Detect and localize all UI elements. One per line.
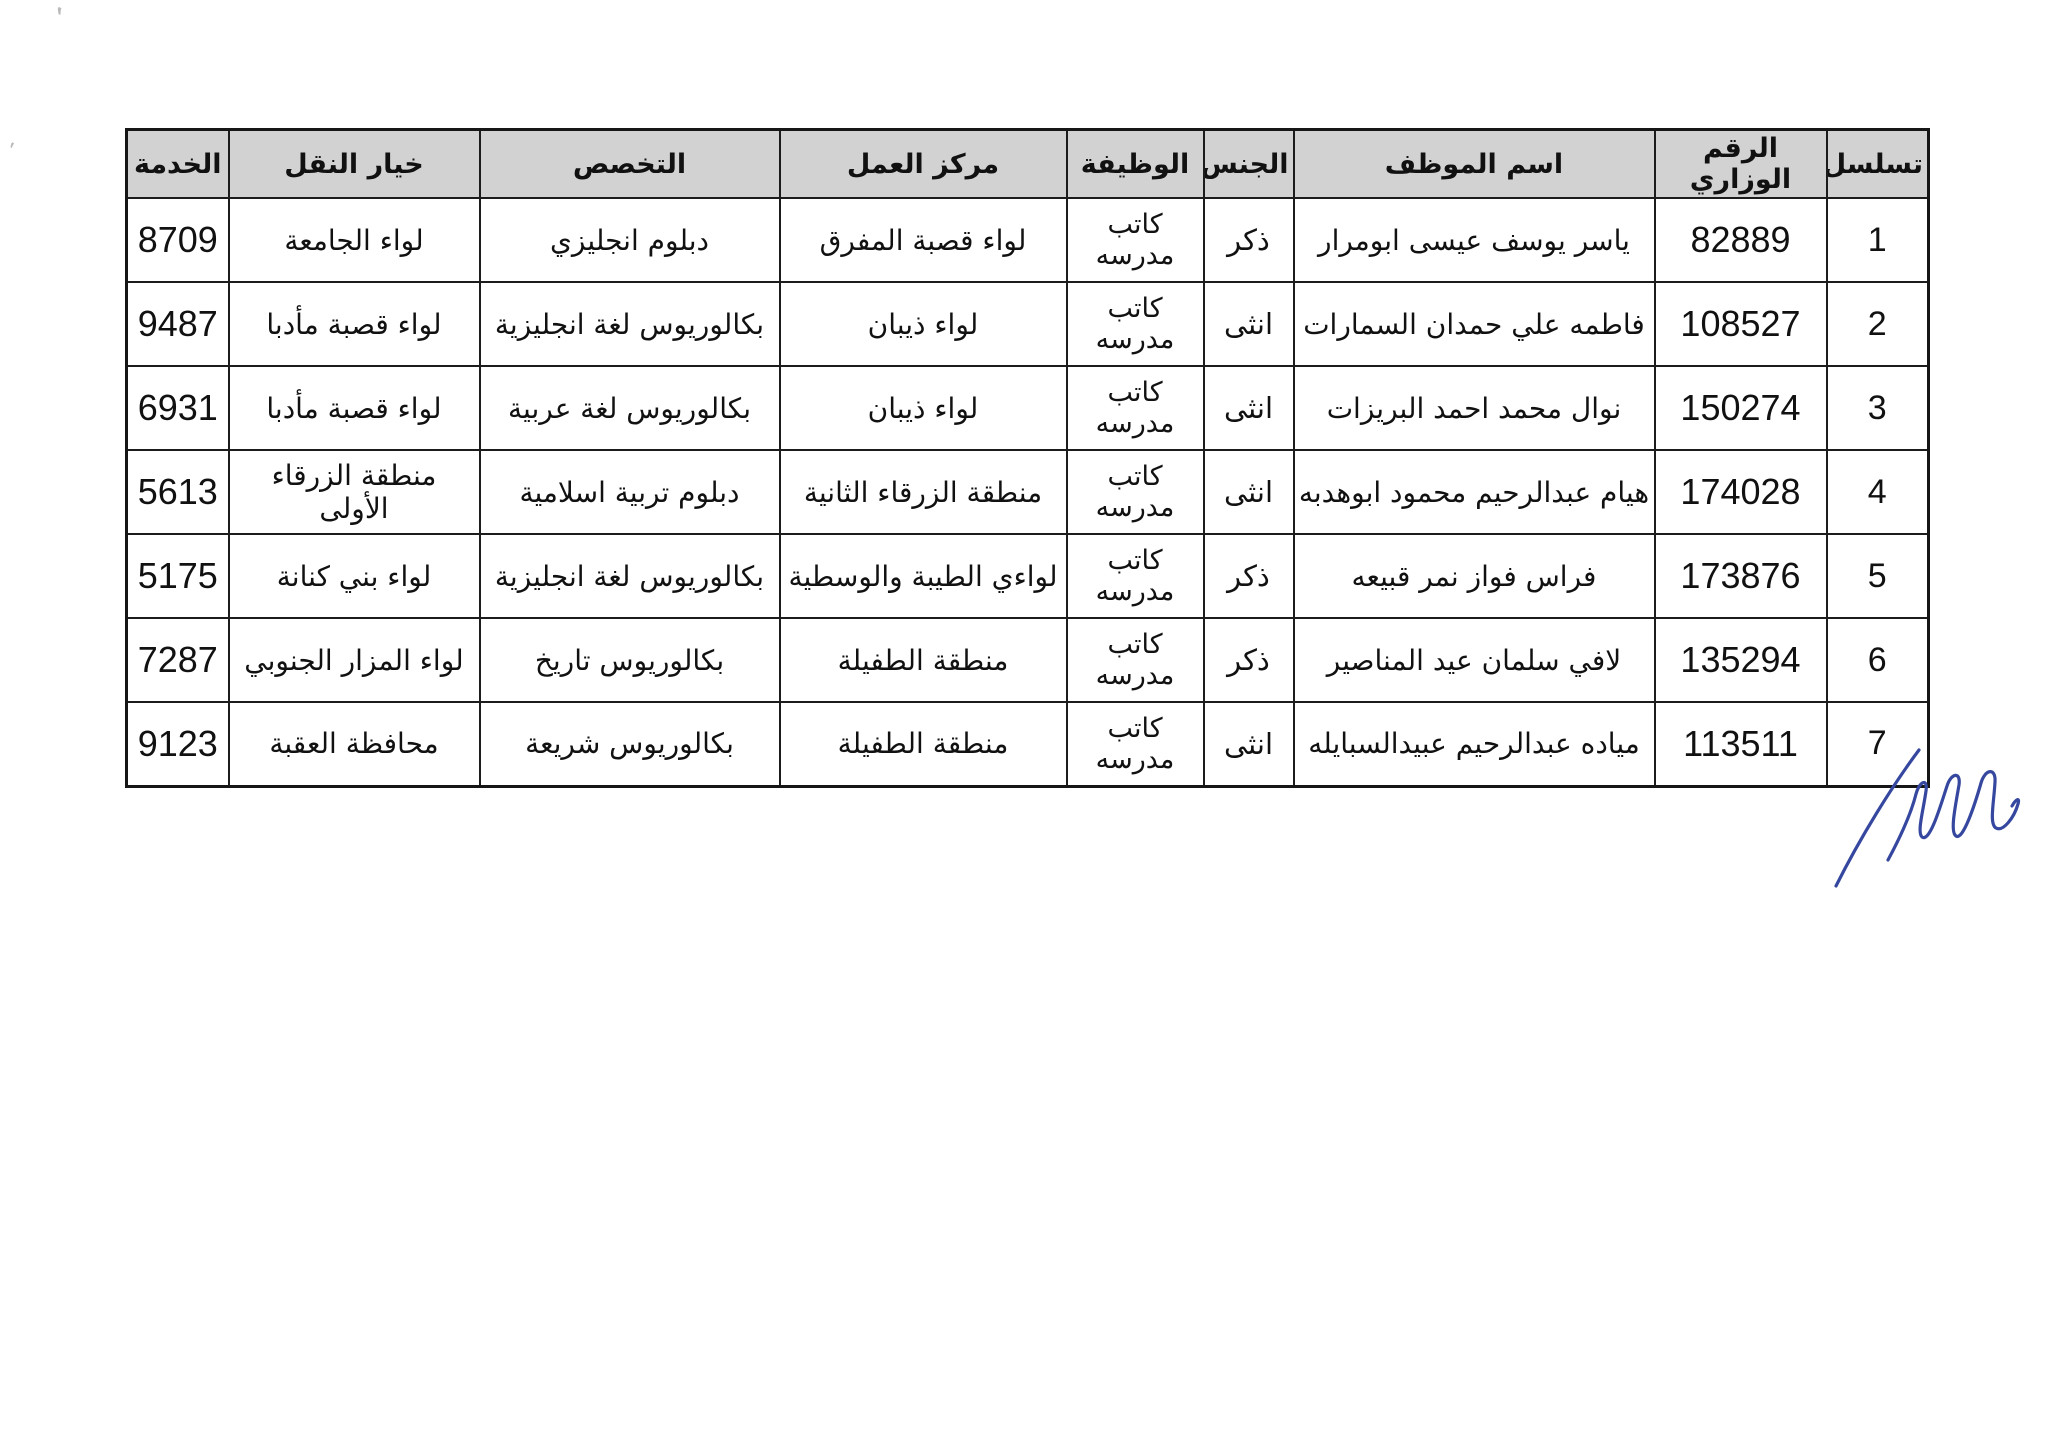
cell-ministry-number: 173876 — [1655, 534, 1827, 618]
cell-job: كاتب مدرسه — [1067, 702, 1204, 786]
cell-job: كاتب مدرسه — [1067, 534, 1204, 618]
cell-specialization: دبلوم انجليزي — [480, 198, 780, 282]
cell-transfer-option: لواء بني كنانة — [229, 534, 480, 618]
cell-work-center: منطقة الطفيلة — [780, 702, 1067, 786]
cell-job: كاتب مدرسه — [1067, 366, 1204, 450]
cell-job: كاتب مدرسه — [1067, 618, 1204, 702]
cell-transfer-option: لواء قصبة مأدبا — [229, 366, 480, 450]
cell-serial: 3 — [1827, 366, 1929, 450]
cell-service: 5175 — [127, 534, 229, 618]
table-row: 5 173876 فراس فواز نمر قبيعه ذكر كاتب مد… — [127, 534, 1929, 618]
header-specialization: التخصص — [480, 130, 780, 199]
table-row: 6 135294 لافي سلمان عيد المناصير ذكر كات… — [127, 618, 1929, 702]
cell-employee-name: هيام عبدالرحيم محمود ابوهدبه — [1294, 450, 1655, 534]
scan-artifact: ‛ — [0, 139, 18, 163]
table-header-row: تسلسل الرقم الوزاري اسم الموظف الجنس الو… — [127, 130, 1929, 199]
scan-artifact: ‛ — [47, 1, 67, 37]
cell-service: 8709 — [127, 198, 229, 282]
cell-employee-name: نوال محمد احمد البريزات — [1294, 366, 1655, 450]
table-row: 4 174028 هيام عبدالرحيم محمود ابوهدبه ان… — [127, 450, 1929, 534]
cell-employee-name: لافي سلمان عيد المناصير — [1294, 618, 1655, 702]
cell-transfer-option: لواء قصبة مأدبا — [229, 282, 480, 366]
cell-ministry-number: 135294 — [1655, 618, 1827, 702]
cell-service: 6931 — [127, 366, 229, 450]
cell-serial: 4 — [1827, 450, 1929, 534]
cell-transfer-option: محافظة العقبة — [229, 702, 480, 786]
cell-service: 9487 — [127, 282, 229, 366]
cell-work-center: لواء قصبة المفرق — [780, 198, 1067, 282]
cell-service: 9123 — [127, 702, 229, 786]
cell-service: 7287 — [127, 618, 229, 702]
cell-work-center: منطقة الزرقاء الثانية — [780, 450, 1067, 534]
cell-ministry-number: 82889 — [1655, 198, 1827, 282]
cell-ministry-number: 150274 — [1655, 366, 1827, 450]
cell-serial: 1 — [1827, 198, 1929, 282]
cell-work-center: منطقة الطفيلة — [780, 618, 1067, 702]
table-row: 7 113511 مياده عبدالرحيم عبيدالسبايله ان… — [127, 702, 1929, 786]
cell-service: 5613 — [127, 450, 229, 534]
employee-transfer-table: تسلسل الرقم الوزاري اسم الموظف الجنس الو… — [125, 128, 1930, 788]
cell-employee-name: فاطمه علي حمدان السمارات — [1294, 282, 1655, 366]
cell-specialization: بكالوريوس تاريخ — [480, 618, 780, 702]
cell-gender: ذكر — [1204, 618, 1294, 702]
cell-specialization: بكالوريوس لغة انجليزية — [480, 282, 780, 366]
cell-gender: انثى — [1204, 366, 1294, 450]
cell-work-center: لواءي الطيبة والوسطية — [780, 534, 1067, 618]
cell-job: كاتب مدرسه — [1067, 282, 1204, 366]
header-ministry-number: الرقم الوزاري — [1655, 130, 1827, 199]
table-row: 2 108527 فاطمه علي حمدان السمارات انثى ك… — [127, 282, 1929, 366]
cell-specialization: بكالوريوس لغة عربية — [480, 366, 780, 450]
cell-specialization: دبلوم تربية اسلامية — [480, 450, 780, 534]
cell-job: كاتب مدرسه — [1067, 450, 1204, 534]
cell-gender: انثى — [1204, 702, 1294, 786]
header-employee-name: اسم الموظف — [1294, 130, 1655, 199]
cell-job: كاتب مدرسه — [1067, 198, 1204, 282]
cell-serial: 6 — [1827, 618, 1929, 702]
cell-gender: انثى — [1204, 450, 1294, 534]
cell-ministry-number: 174028 — [1655, 450, 1827, 534]
header-transfer-option: خيار النقل — [229, 130, 480, 199]
header-service: الخدمة — [127, 130, 229, 199]
cell-work-center: لواء ذيبان — [780, 282, 1067, 366]
cell-employee-name: فراس فواز نمر قبيعه — [1294, 534, 1655, 618]
cell-transfer-option: منطقة الزرقاء الأولى — [229, 450, 480, 534]
table-row: 3 150274 نوال محمد احمد البريزات انثى كا… — [127, 366, 1929, 450]
cell-ministry-number: 108527 — [1655, 282, 1827, 366]
header-job: الوظيفة — [1067, 130, 1204, 199]
cell-serial: 5 — [1827, 534, 1929, 618]
cell-serial: 2 — [1827, 282, 1929, 366]
header-serial: تسلسل — [1827, 130, 1929, 199]
cell-gender: ذكر — [1204, 534, 1294, 618]
header-work-center: مركز العمل — [780, 130, 1067, 199]
cell-employee-name: مياده عبدالرحيم عبيدالسبايله — [1294, 702, 1655, 786]
cell-work-center: لواء ذيبان — [780, 366, 1067, 450]
cell-employee-name: ياسر يوسف عيسى ابومرار — [1294, 198, 1655, 282]
cell-specialization: بكالوريوس لغة انجليزية — [480, 534, 780, 618]
cell-gender: انثى — [1204, 282, 1294, 366]
cell-transfer-option: لواء الجامعة — [229, 198, 480, 282]
cell-transfer-option: لواء المزار الجنوبي — [229, 618, 480, 702]
cell-ministry-number: 113511 — [1655, 702, 1827, 786]
header-gender: الجنس — [1204, 130, 1294, 199]
scanned-document-page: ‛ ‛ تسلسل الرقم الوزاري اسم الموظف الجنس… — [0, 0, 2048, 1449]
table-row: 1 82889 ياسر يوسف عيسى ابومرار ذكر كاتب … — [127, 198, 1929, 282]
handwritten-signature — [1822, 742, 2042, 892]
cell-specialization: بكالوريوس شريعة — [480, 702, 780, 786]
cell-gender: ذكر — [1204, 198, 1294, 282]
